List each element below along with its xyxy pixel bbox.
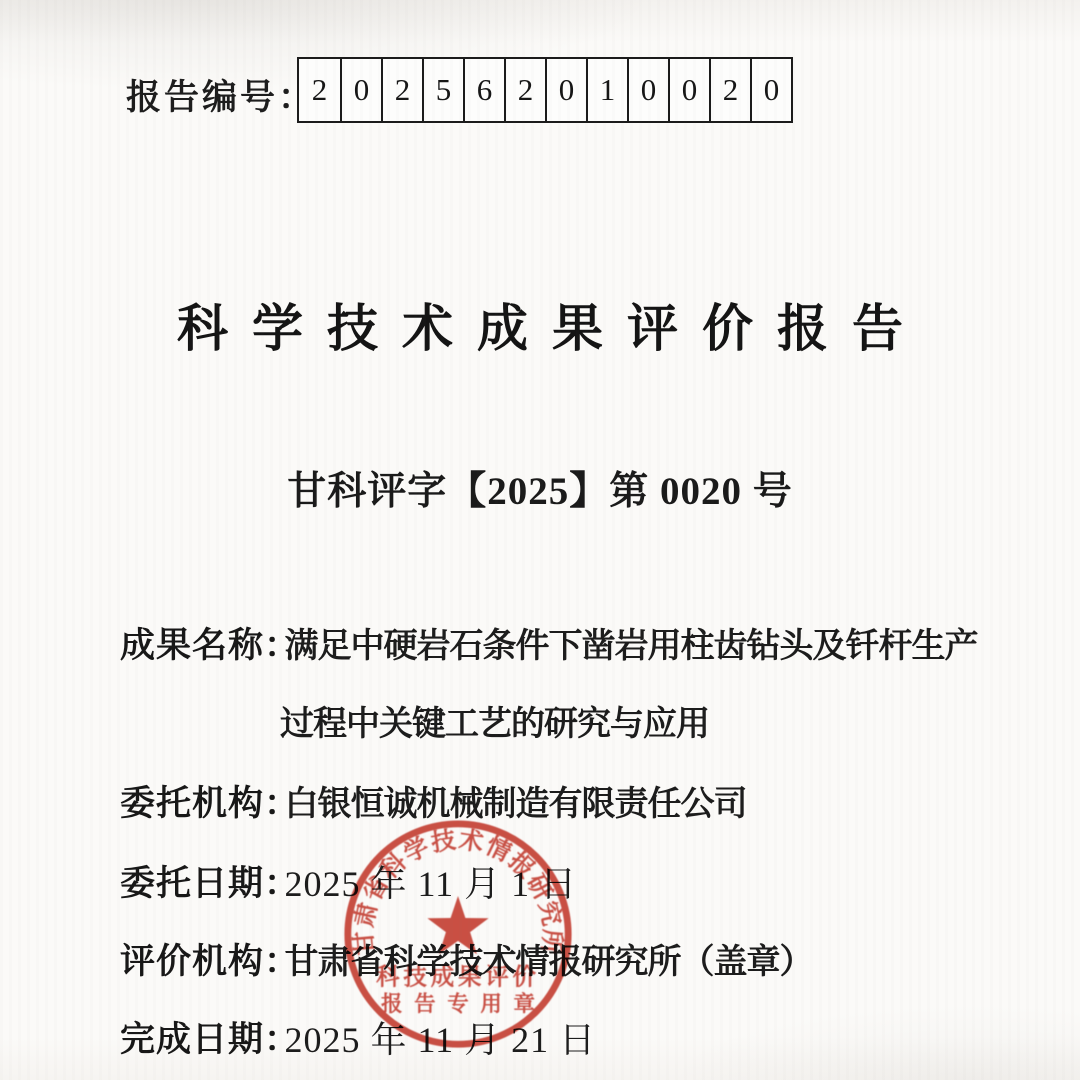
report-number-label: 报告编号： [126,70,316,120]
report-number-cell: 6 [463,59,504,121]
report-number-cell: 0 [340,59,381,121]
achievement-row: 成果名称： 满足中硬岩石条件下凿岩用柱齿钻头及钎杆生产 [120,618,977,668]
achievement-row-line2: 过程中关键工艺的研究与应用 [280,696,709,745]
report-number-grid: 2 0 2 5 6 2 0 1 0 0 2 0 [297,57,793,123]
achievement-value-line1: 满足中硬岩石条件下凿岩用柱齿钻头及钎杆生产 [284,618,977,667]
report-number-cell: 2 [381,59,422,121]
doc-number: 甘科评字【2025】第 0020 号 [0,460,1080,516]
client-date-row: 委托日期： 2025 年 11 月 1 日 [120,856,577,907]
complete-date-value: 2025 年 11 月 21 日 [284,1012,596,1063]
scan-noise-overlay [0,0,1080,1080]
report-number-cell: 1 [586,59,627,121]
client-date-value: 2025 年 11 月 1 日 [284,856,577,907]
report-number-cell: 2 [299,59,340,121]
report-number-cell: 2 [709,59,750,121]
client-org-row: 委托机构： 白银恒诚机械制造有限责任公司 [120,776,746,826]
complete-date-row: 完成日期： 2025 年 11 月 21 日 [120,1012,596,1063]
achievement-label: 成果名称： [120,618,280,668]
evaluator-row: 评价机构： 甘肃省科学技术情报研究所（盖章） [120,934,812,984]
evaluator-label: 评价机构： [120,934,280,984]
achievement-value-line2: 过程中关键工艺的研究与应用 [280,696,709,745]
report-number-cell: 0 [750,59,791,121]
client-org-value: 白银恒诚机械制造有限责任公司 [284,776,746,825]
client-org-label: 委托机构： [120,776,280,826]
page-title: 科学技术成果评价报告 [0,287,1080,361]
report-number-cell: 5 [422,59,463,121]
report-number-cell: 0 [627,59,668,121]
client-date-label: 委托日期： [120,856,280,906]
report-number-cell: 0 [545,59,586,121]
report-number-cell: 2 [504,59,545,121]
report-number-cell: 0 [668,59,709,121]
report-cover-page: 报告编号： 2 0 2 5 6 2 0 1 0 0 2 0 科学技术成果评价报告… [0,0,1080,1080]
evaluator-value: 甘肃省科学技术情报研究所（盖章） [284,934,812,983]
complete-date-label: 完成日期： [120,1012,280,1062]
